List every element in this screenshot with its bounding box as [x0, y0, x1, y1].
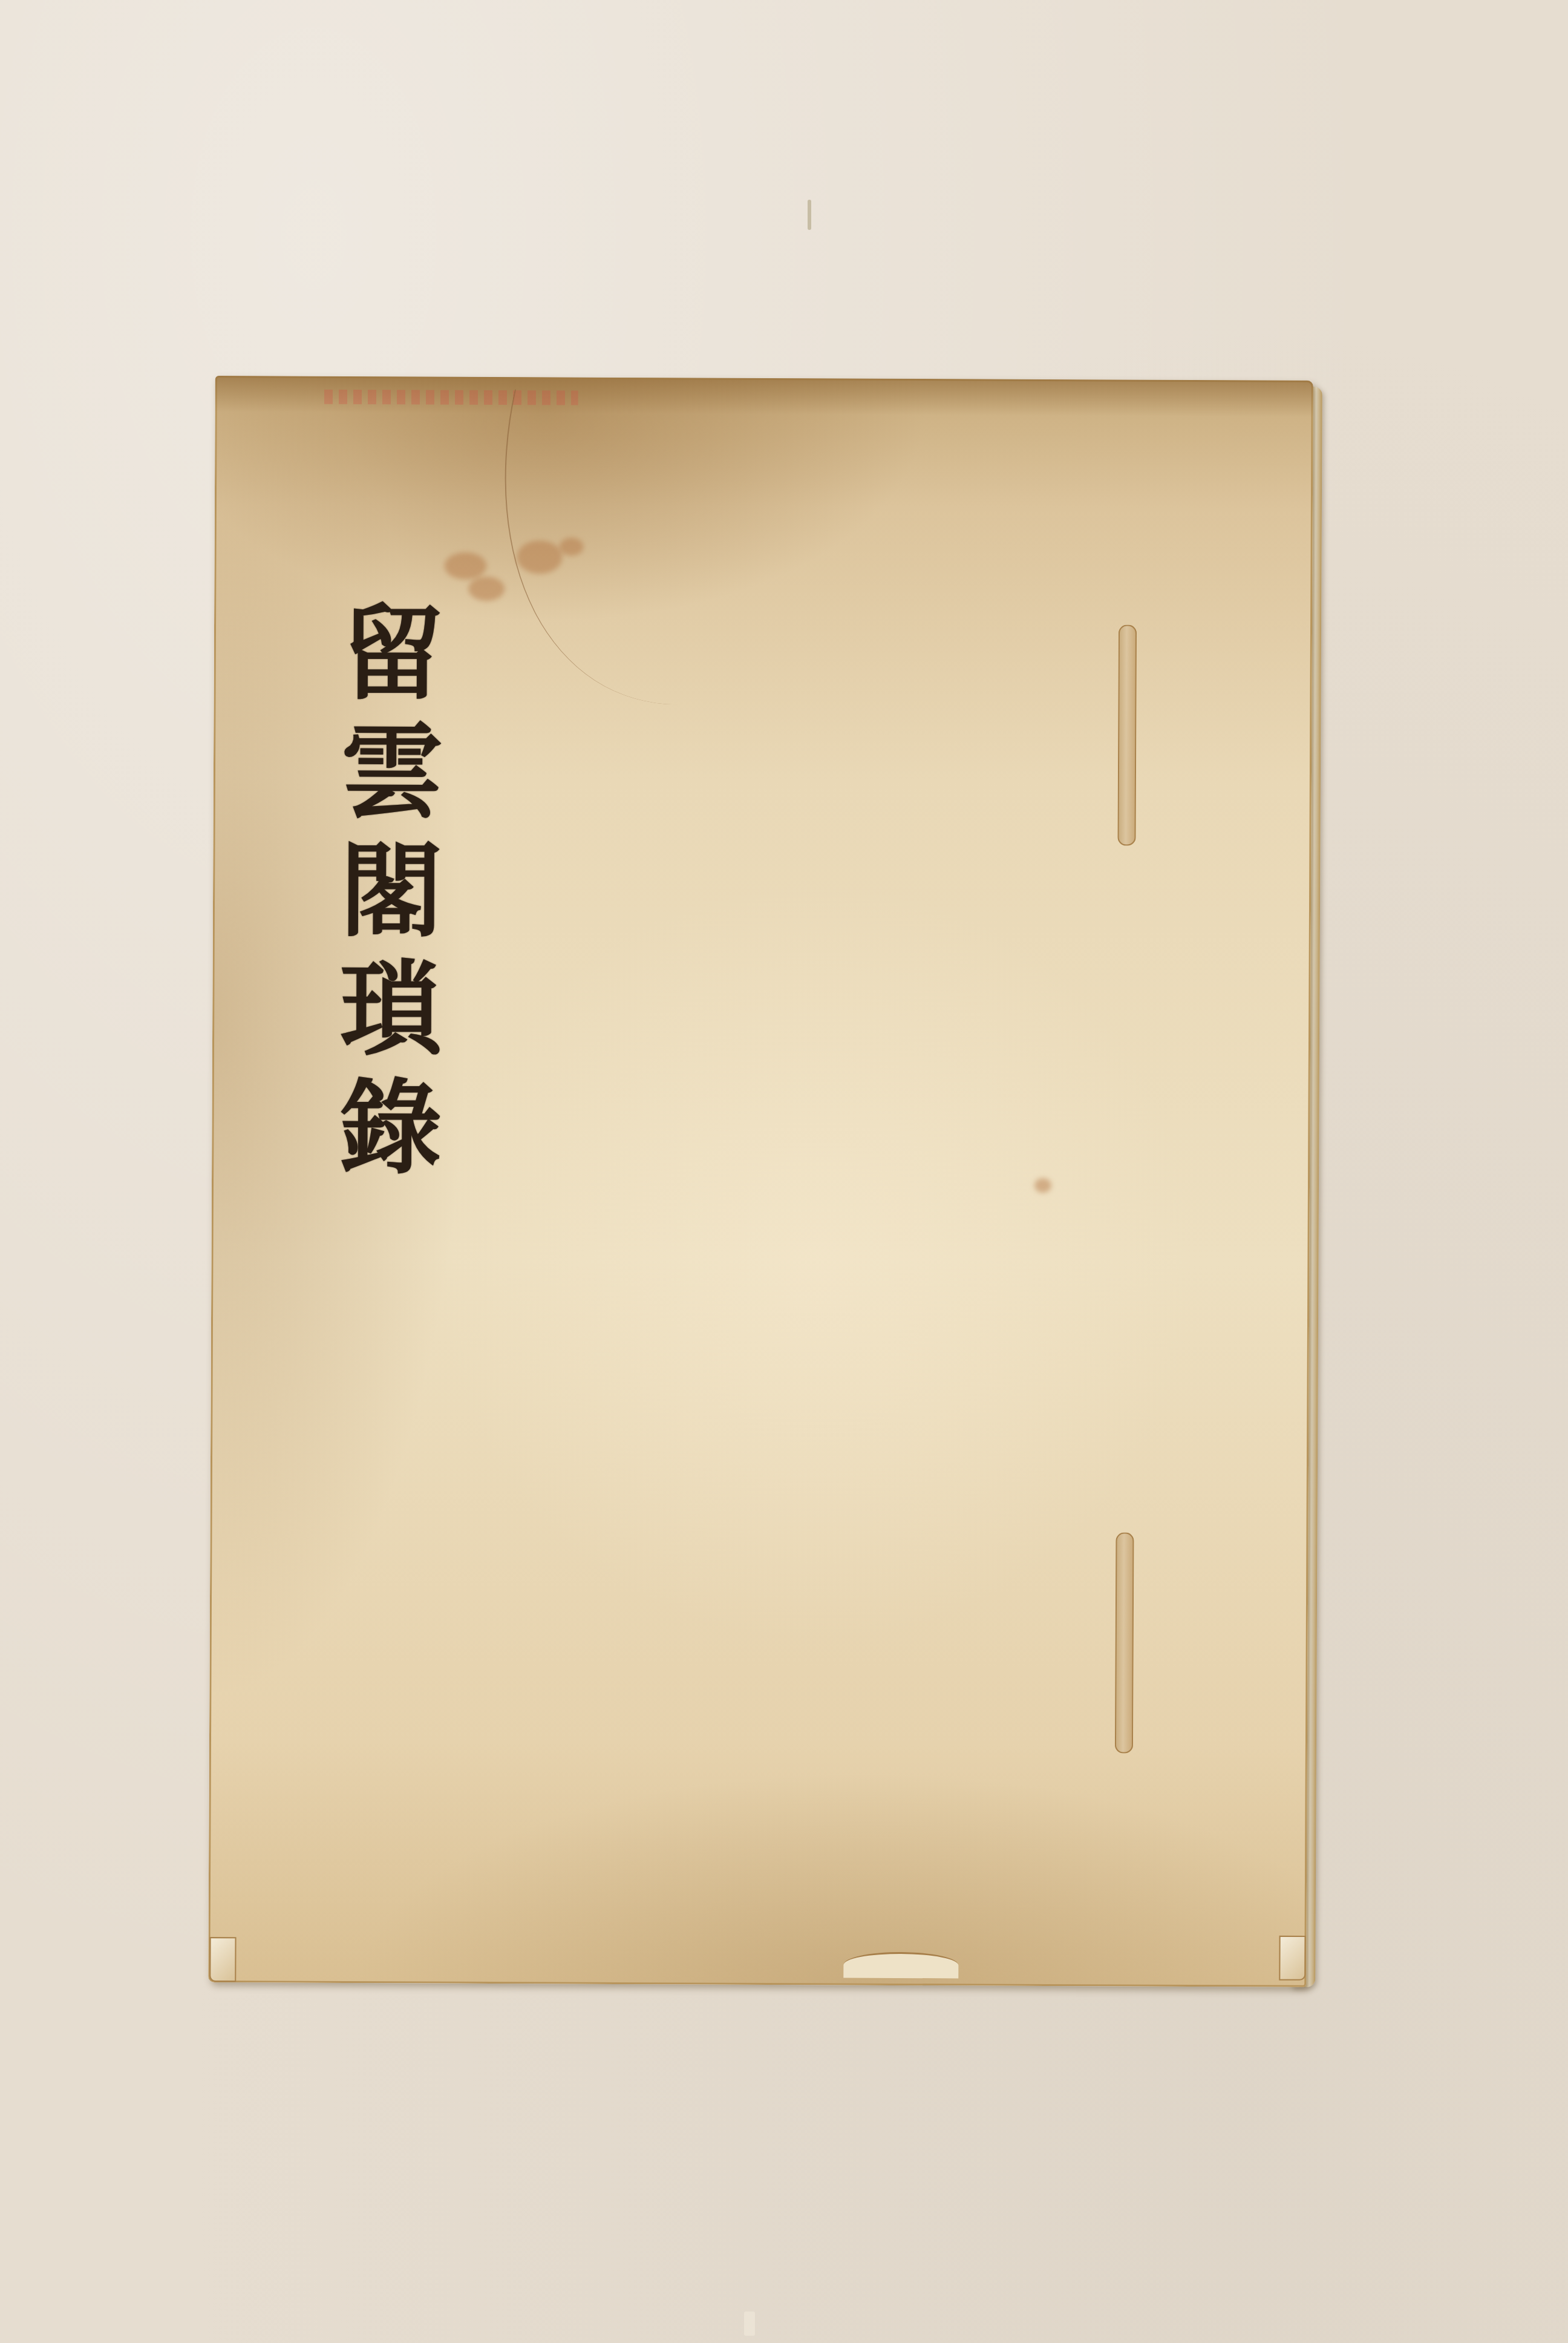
title-char: 錄 — [339, 1069, 442, 1188]
stain — [1034, 1178, 1051, 1193]
binding-slit-upper — [1117, 625, 1137, 846]
corner-wear-bottom-left — [209, 1937, 236, 1982]
stain — [468, 577, 505, 601]
binding-slit-lower — [1115, 1533, 1134, 1754]
cover-title: 留 雲 閣 瑣 錄 — [324, 594, 459, 1188]
backdrop-mark-top — [808, 200, 811, 230]
stain — [560, 537, 584, 555]
title-char: 留 — [341, 594, 444, 713]
stain — [517, 540, 562, 574]
cover-crease — [446, 389, 746, 704]
title-char: 瑣 — [339, 950, 443, 1069]
title-char: 閣 — [340, 831, 443, 951]
stain — [444, 552, 486, 580]
title-char: 雲 — [341, 713, 444, 832]
booklet-cover: 留 雲 閣 瑣 錄 — [208, 376, 1313, 1987]
bottom-edge-tear — [843, 1952, 958, 1979]
backdrop-mark-bottom — [744, 2312, 755, 2336]
booklet: 留 雲 閣 瑣 錄 — [208, 376, 1328, 1993]
corner-wear-bottom-right — [1279, 1936, 1305, 1981]
